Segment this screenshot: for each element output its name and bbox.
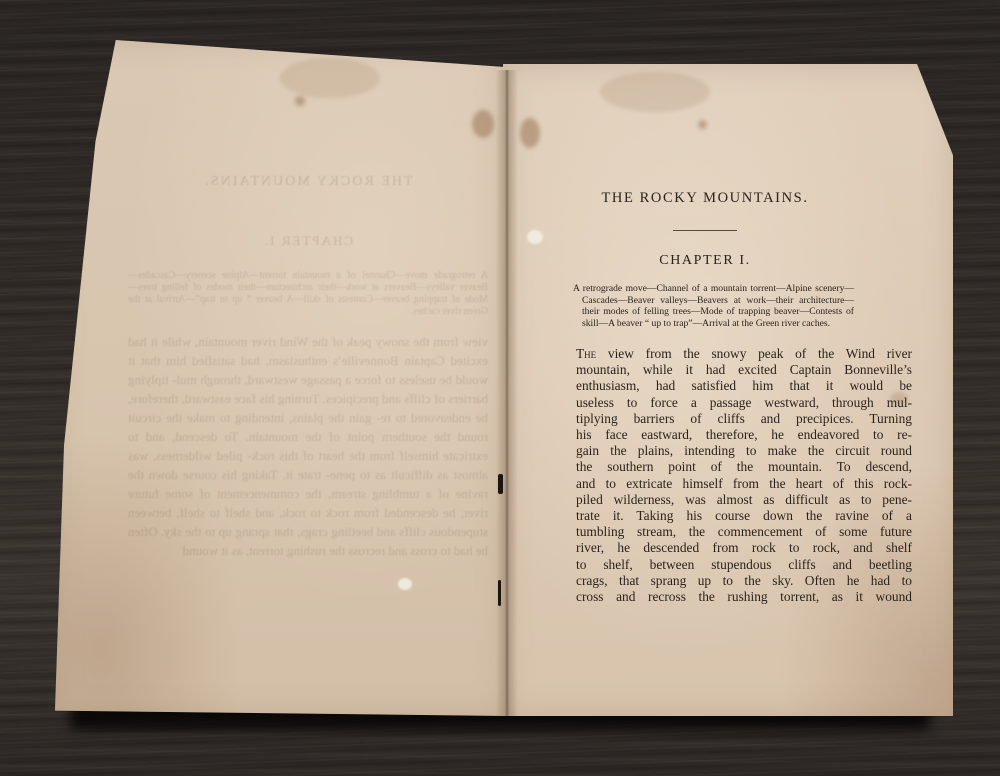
text-line: mountain, while it had excited Captain B… [576, 362, 912, 378]
foxing-spot [698, 120, 707, 129]
paper-spot [527, 230, 543, 244]
text-line: his face eastward, therefore, he endeavo… [576, 427, 912, 443]
text-line: cross and recross the rushing torrent, a… [576, 589, 912, 605]
foxing-spot [295, 96, 305, 106]
first-word: The [576, 346, 596, 361]
bleed-chapter: CHAPTER I. [128, 231, 488, 250]
paper-spot [398, 578, 412, 590]
text-line: to shelf, between stupendous cliffs and … [576, 557, 912, 573]
bleed-title: THE ROCKY MOUNTAINS. [128, 172, 488, 191]
water-stain [600, 72, 710, 112]
text-line: trate it. Taking his course down the rav… [576, 508, 912, 524]
text-line: crags, that sprang up to the sky. Often … [576, 573, 912, 589]
bleed-synopsis: A retrograde move—Channel of a mountain … [128, 270, 488, 318]
text-line: gain the plains, intending to make the c… [576, 443, 912, 459]
text-line: enthusiasm, had satisfied him that it wo… [576, 378, 912, 394]
text-line: and to extricate himself from the heart … [576, 476, 912, 492]
foxing-spot [472, 110, 494, 138]
bleed-body: view from the snowy peak of the Wind riv… [128, 332, 488, 560]
water-stain [280, 58, 380, 98]
gutter-tear [498, 474, 503, 494]
chapter-heading: CHAPTER I. [570, 253, 840, 269]
text-line: useless to force a passage westward, thr… [576, 395, 912, 411]
bleed-through-text: THE ROCKY MOUNTAINS. CHAPTER I. A retrog… [128, 172, 488, 560]
chapter-synopsis: A retrograde move—Channel of a mountain … [573, 283, 854, 329]
body-text: The view from the snowy peak of the Wind… [576, 346, 912, 605]
book-gutter [496, 70, 518, 716]
text-line: the southern point of the mountain. To d… [576, 459, 912, 475]
text-line: tiplying barriers of cliffs and precipic… [576, 411, 912, 427]
text-line: piled wilderness, was almost as difficul… [576, 492, 912, 508]
gutter-tear [498, 580, 501, 606]
foxing-spot [520, 118, 540, 148]
text-line: tumbling stream, the commencement of som… [576, 524, 912, 540]
title-rule [673, 230, 737, 231]
running-title: THE ROCKY MOUNTAINS. [570, 190, 840, 207]
text-line: The view from the snowy peak of the Wind… [576, 346, 912, 362]
text-line: river, he descended from rock to rock, a… [576, 540, 912, 556]
